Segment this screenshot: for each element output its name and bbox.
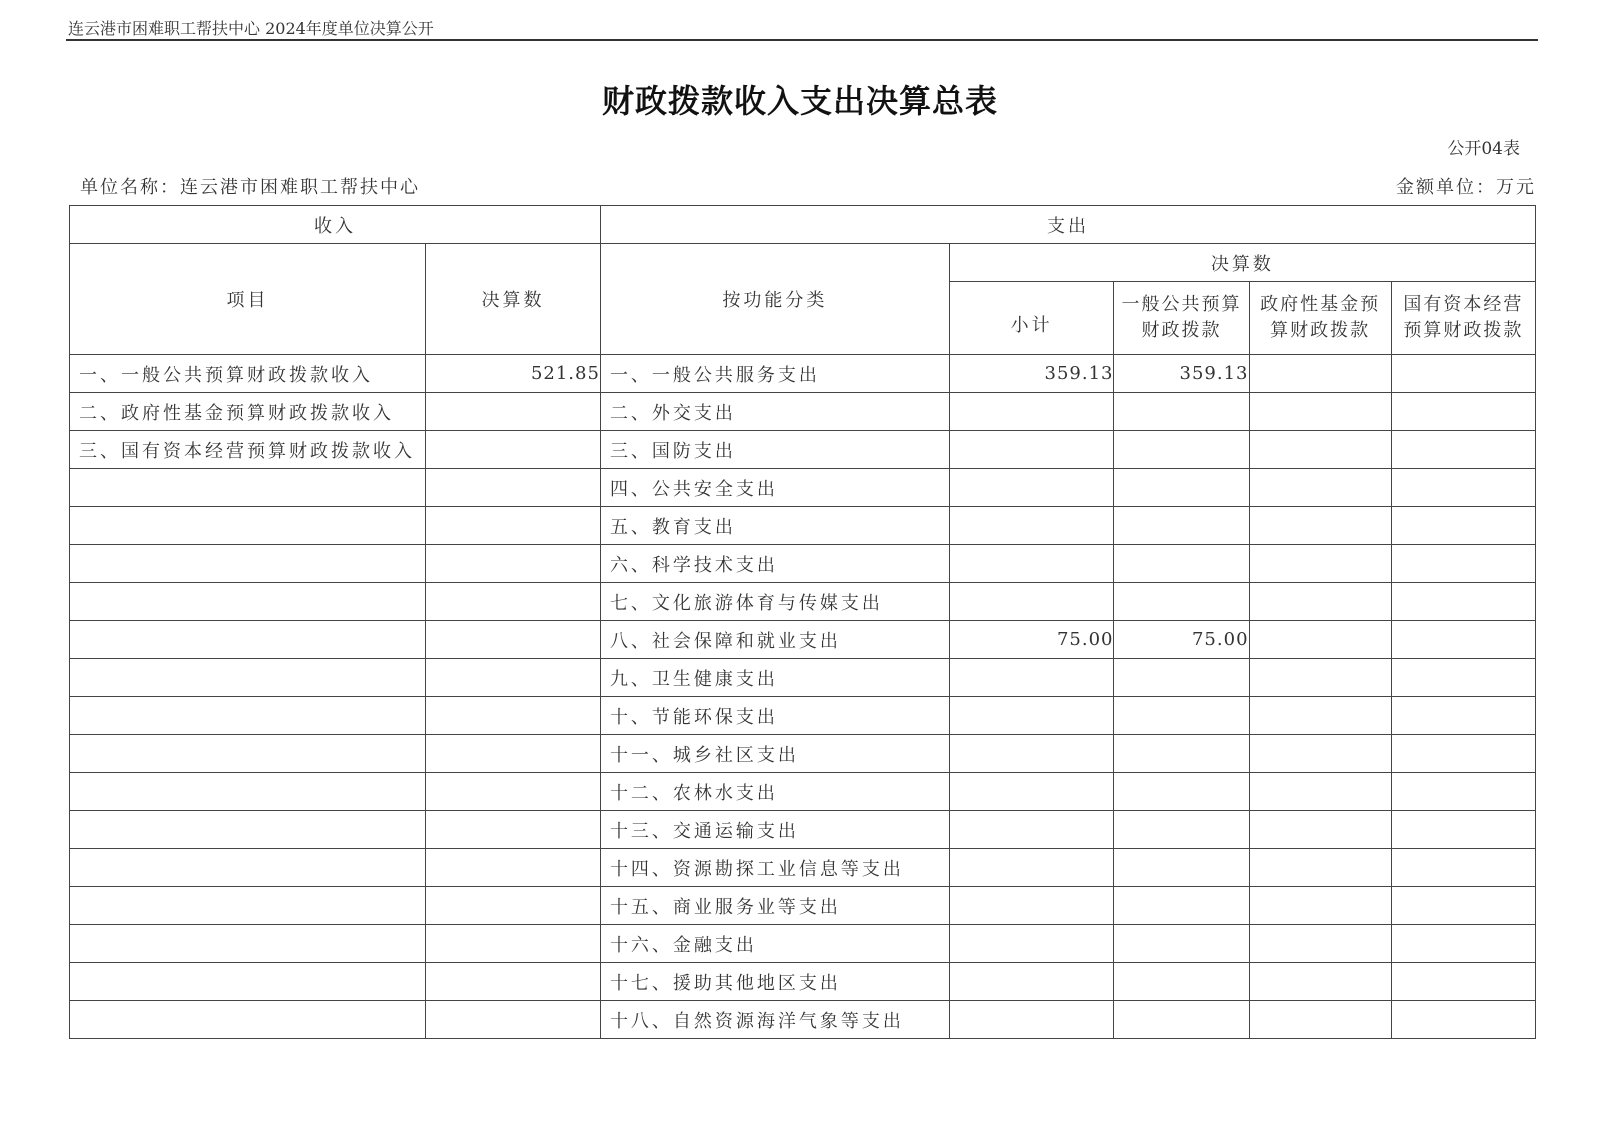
state-capital-cell xyxy=(1391,963,1535,1001)
subtotal-cell xyxy=(949,393,1114,431)
expense-header: 支出 xyxy=(600,206,1535,244)
table-row: 三、国有资本经营预算财政拨款收入三、国防支出 xyxy=(70,431,1536,469)
table-row: 十五、商业服务业等支出 xyxy=(70,887,1536,925)
income-item-cell xyxy=(70,849,426,887)
income-amount-cell xyxy=(426,811,601,849)
table-row: 八、社会保障和就业支出75.0075.00 xyxy=(70,621,1536,659)
subtotal-cell xyxy=(949,849,1114,887)
subtotal-cell xyxy=(949,659,1114,697)
page-title: 财政拨款收入支出决算总表 xyxy=(0,76,1600,122)
gov-fund-cell xyxy=(1249,545,1391,583)
state-capital-cell xyxy=(1391,773,1535,811)
income-amount-cell xyxy=(426,545,601,583)
general-public-cell xyxy=(1114,507,1249,545)
state-capital-cell xyxy=(1391,849,1535,887)
income-item-cell xyxy=(70,773,426,811)
subtotal-cell xyxy=(949,811,1114,849)
state-capital-cell xyxy=(1391,925,1535,963)
item-header: 项目 xyxy=(70,244,426,355)
gov-fund-cell xyxy=(1249,469,1391,507)
state-capital-cell xyxy=(1391,507,1535,545)
income-item-cell xyxy=(70,925,426,963)
table-row: 五、教育支出 xyxy=(70,507,1536,545)
general-public-cell xyxy=(1114,659,1249,697)
table-row: 十二、农林水支出 xyxy=(70,773,1536,811)
subtotal-cell xyxy=(949,963,1114,1001)
subtotal-cell xyxy=(949,469,1114,507)
income-item-cell xyxy=(70,583,426,621)
table-row: 七、文化旅游体育与传媒支出 xyxy=(70,583,1536,621)
general-public-cell xyxy=(1114,697,1249,735)
state-capital-cell xyxy=(1391,659,1535,697)
income-amount-cell xyxy=(426,431,601,469)
gov-fund-cell xyxy=(1249,355,1391,393)
state-capital-cell xyxy=(1391,431,1535,469)
general-public-cell xyxy=(1114,583,1249,621)
income-item-cell xyxy=(70,659,426,697)
state-capital-cell xyxy=(1391,887,1535,925)
gov-fund-cell xyxy=(1249,1001,1391,1039)
amount-unit: 金额单位：万元 xyxy=(1396,173,1536,199)
expense-item-cell: 十一、城乡社区支出 xyxy=(600,735,949,773)
subtotal-cell xyxy=(949,697,1114,735)
gov-fund-cell xyxy=(1249,659,1391,697)
income-header: 收入 xyxy=(70,206,601,244)
gov-fund-cell xyxy=(1249,735,1391,773)
gov-fund-cell xyxy=(1249,393,1391,431)
income-amount-cell xyxy=(426,583,601,621)
income-item-cell xyxy=(70,621,426,659)
header-rule xyxy=(66,39,1538,41)
general-public-cell xyxy=(1114,963,1249,1001)
subtotal-cell xyxy=(949,773,1114,811)
table-row: 十七、援助其他地区支出 xyxy=(70,963,1536,1001)
expense-item-cell: 二、外交支出 xyxy=(600,393,949,431)
expense-item-cell: 十八、自然资源海洋气象等支出 xyxy=(600,1001,949,1039)
income-item-cell xyxy=(70,469,426,507)
income-item-cell xyxy=(70,697,426,735)
gov-fund-cell xyxy=(1249,811,1391,849)
income-item-cell: 三、国有资本经营预算财政拨款收入 xyxy=(70,431,426,469)
general-public-cell xyxy=(1114,811,1249,849)
subtotal-header: 小计 xyxy=(949,282,1114,355)
income-amount-cell xyxy=(426,621,601,659)
income-amount-cell xyxy=(426,849,601,887)
gov-fund-cell xyxy=(1249,963,1391,1001)
expense-item-cell: 七、文化旅游体育与传媒支出 xyxy=(600,583,949,621)
income-item-cell xyxy=(70,811,426,849)
gov-fund-cell xyxy=(1249,887,1391,925)
state-capital-cell xyxy=(1391,545,1535,583)
running-header: 连云港市困难职工帮扶中心 2024年度单位决算公开 xyxy=(68,16,434,39)
subtotal-cell: 359.13 xyxy=(949,355,1114,393)
expense-item-cell: 四、公共安全支出 xyxy=(600,469,949,507)
state-capital-cell xyxy=(1391,621,1535,659)
income-item-cell xyxy=(70,1001,426,1039)
general-public-cell: 75.00 xyxy=(1114,621,1249,659)
income-item-cell xyxy=(70,545,426,583)
income-item-cell xyxy=(70,507,426,545)
general-public-cell xyxy=(1114,887,1249,925)
income-amount-cell xyxy=(426,469,601,507)
unit-name: 单位名称：连云港市困难职工帮扶中心 xyxy=(80,173,420,199)
expense-item-cell: 十二、农林水支出 xyxy=(600,773,949,811)
expense-item-cell: 十三、交通运输支出 xyxy=(600,811,949,849)
final-amount-group-header: 决算数 xyxy=(949,244,1535,282)
income-amount-cell xyxy=(426,963,601,1001)
state-capital-cell xyxy=(1391,697,1535,735)
subtotal-cell xyxy=(949,925,1114,963)
income-amount-cell xyxy=(426,1001,601,1039)
subtotal-cell xyxy=(949,583,1114,621)
general-public-cell xyxy=(1114,925,1249,963)
general-public-cell xyxy=(1114,393,1249,431)
state-capital-cell xyxy=(1391,583,1535,621)
table-row: 十四、资源勘探工业信息等支出 xyxy=(70,849,1536,887)
income-amount-cell xyxy=(426,735,601,773)
general-public-cell xyxy=(1114,1001,1249,1039)
gov-fund-cell xyxy=(1249,773,1391,811)
subtotal-cell xyxy=(949,545,1114,583)
form-code: 公开04表 xyxy=(1447,134,1520,159)
table-row: 十八、自然资源海洋气象等支出 xyxy=(70,1001,1536,1039)
general-public-cell xyxy=(1114,469,1249,507)
expense-item-cell: 十七、援助其他地区支出 xyxy=(600,963,949,1001)
expense-item-cell: 十六、金融支出 xyxy=(600,925,949,963)
table-row: 二、政府性基金预算财政拨款收入二、外交支出 xyxy=(70,393,1536,431)
gov-fund-header: 政府性基金预算财政拨款 xyxy=(1249,282,1391,355)
table-row: 十一、城乡社区支出 xyxy=(70,735,1536,773)
expense-item-cell: 三、国防支出 xyxy=(600,431,949,469)
general-public-cell xyxy=(1114,735,1249,773)
income-amount-cell xyxy=(426,393,601,431)
income-item-cell: 一、一般公共预算财政拨款收入 xyxy=(70,355,426,393)
income-amount-cell xyxy=(426,925,601,963)
state-capital-cell xyxy=(1391,355,1535,393)
table-row: 一、一般公共预算财政拨款收入521.85一、一般公共服务支出359.13359.… xyxy=(70,355,1536,393)
income-amount-cell xyxy=(426,773,601,811)
subtotal-cell xyxy=(949,507,1114,545)
income-amount-cell xyxy=(426,697,601,735)
gov-fund-cell xyxy=(1249,697,1391,735)
table-row: 十三、交通运输支出 xyxy=(70,811,1536,849)
subtotal-cell xyxy=(949,431,1114,469)
subtotal-cell xyxy=(949,1001,1114,1039)
income-amount-cell xyxy=(426,507,601,545)
by-function-header: 按功能分类 xyxy=(600,244,949,355)
expense-item-cell: 九、卫生健康支出 xyxy=(600,659,949,697)
general-public-cell xyxy=(1114,545,1249,583)
general-public-cell xyxy=(1114,431,1249,469)
general-public-cell xyxy=(1114,773,1249,811)
general-public-cell xyxy=(1114,849,1249,887)
expense-item-cell: 十四、资源勘探工业信息等支出 xyxy=(600,849,949,887)
state-capital-cell xyxy=(1391,1001,1535,1039)
table-row: 十六、金融支出 xyxy=(70,925,1536,963)
table-row: 六、科学技术支出 xyxy=(70,545,1536,583)
state-capital-header: 国有资本经营预算财政拨款 xyxy=(1391,282,1535,355)
gov-fund-cell xyxy=(1249,621,1391,659)
income-item-cell xyxy=(70,963,426,1001)
gov-fund-cell xyxy=(1249,925,1391,963)
income-amount-cell xyxy=(426,887,601,925)
gov-fund-cell xyxy=(1249,583,1391,621)
gov-fund-cell xyxy=(1249,507,1391,545)
income-item-cell xyxy=(70,887,426,925)
subtotal-cell: 75.00 xyxy=(949,621,1114,659)
income-amount-cell: 521.85 xyxy=(426,355,601,393)
gov-fund-cell xyxy=(1249,431,1391,469)
general-public-header: 一般公共预算财政拨款 xyxy=(1114,282,1249,355)
income-amount-cell xyxy=(426,659,601,697)
subtotal-cell xyxy=(949,887,1114,925)
expense-item-cell: 十五、商业服务业等支出 xyxy=(600,887,949,925)
state-capital-cell xyxy=(1391,469,1535,507)
gov-fund-cell xyxy=(1249,849,1391,887)
state-capital-cell xyxy=(1391,393,1535,431)
table-row: 十、节能环保支出 xyxy=(70,697,1536,735)
subtotal-cell xyxy=(949,735,1114,773)
income-item-cell xyxy=(70,735,426,773)
state-capital-cell xyxy=(1391,811,1535,849)
expense-item-cell: 十、节能环保支出 xyxy=(600,697,949,735)
expense-item-cell: 八、社会保障和就业支出 xyxy=(600,621,949,659)
expense-item-cell: 六、科学技术支出 xyxy=(600,545,949,583)
state-capital-cell xyxy=(1391,735,1535,773)
budget-summary-table: 收入 支出 项目 决算数 按功能分类 决算数 小计 一般公共预算财政拨款 政府性… xyxy=(69,205,1536,1039)
expense-item-cell: 一、一般公共服务支出 xyxy=(600,355,949,393)
expense-item-cell: 五、教育支出 xyxy=(600,507,949,545)
table-row: 四、公共安全支出 xyxy=(70,469,1536,507)
income-item-cell: 二、政府性基金预算财政拨款收入 xyxy=(70,393,426,431)
general-public-cell: 359.13 xyxy=(1114,355,1249,393)
table-row: 九、卫生健康支出 xyxy=(70,659,1536,697)
final-amount-header: 决算数 xyxy=(426,244,601,355)
